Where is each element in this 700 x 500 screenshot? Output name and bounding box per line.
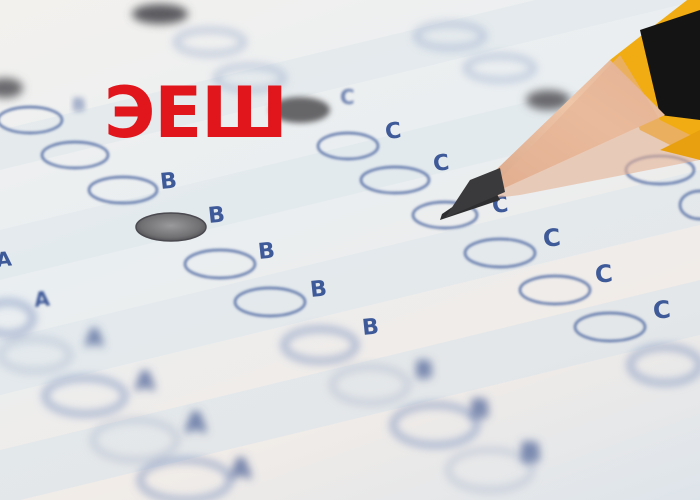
svg-text:A: A [33, 286, 51, 312]
svg-text:C: C [384, 118, 403, 145]
svg-text:B: B [72, 95, 86, 116]
svg-text:B: B [470, 395, 490, 425]
svg-text:A: A [230, 452, 252, 485]
svg-text:B: B [415, 356, 433, 384]
svg-text:B: B [159, 168, 178, 195]
svg-text:C: C [340, 85, 355, 109]
svg-text:B: B [309, 276, 328, 303]
svg-text:C: C [594, 259, 614, 289]
svg-text:B: B [207, 202, 226, 229]
svg-text:C: C [652, 295, 672, 325]
svg-text:B: B [361, 314, 380, 341]
filled-bubble [136, 213, 206, 241]
svg-text:A: A [185, 406, 207, 439]
svg-text:A: A [85, 324, 104, 352]
svg-text:C: C [432, 150, 451, 177]
svg-text:C: C [542, 223, 562, 253]
svg-text:A: A [135, 367, 155, 397]
svg-text:B: B [520, 436, 541, 469]
answer-sheet-photo: B B B B B B C C C C C C C A A [0, 0, 700, 500]
svg-text:B: B [257, 238, 276, 265]
overlay-title: ЭЕШ [104, 78, 287, 148]
